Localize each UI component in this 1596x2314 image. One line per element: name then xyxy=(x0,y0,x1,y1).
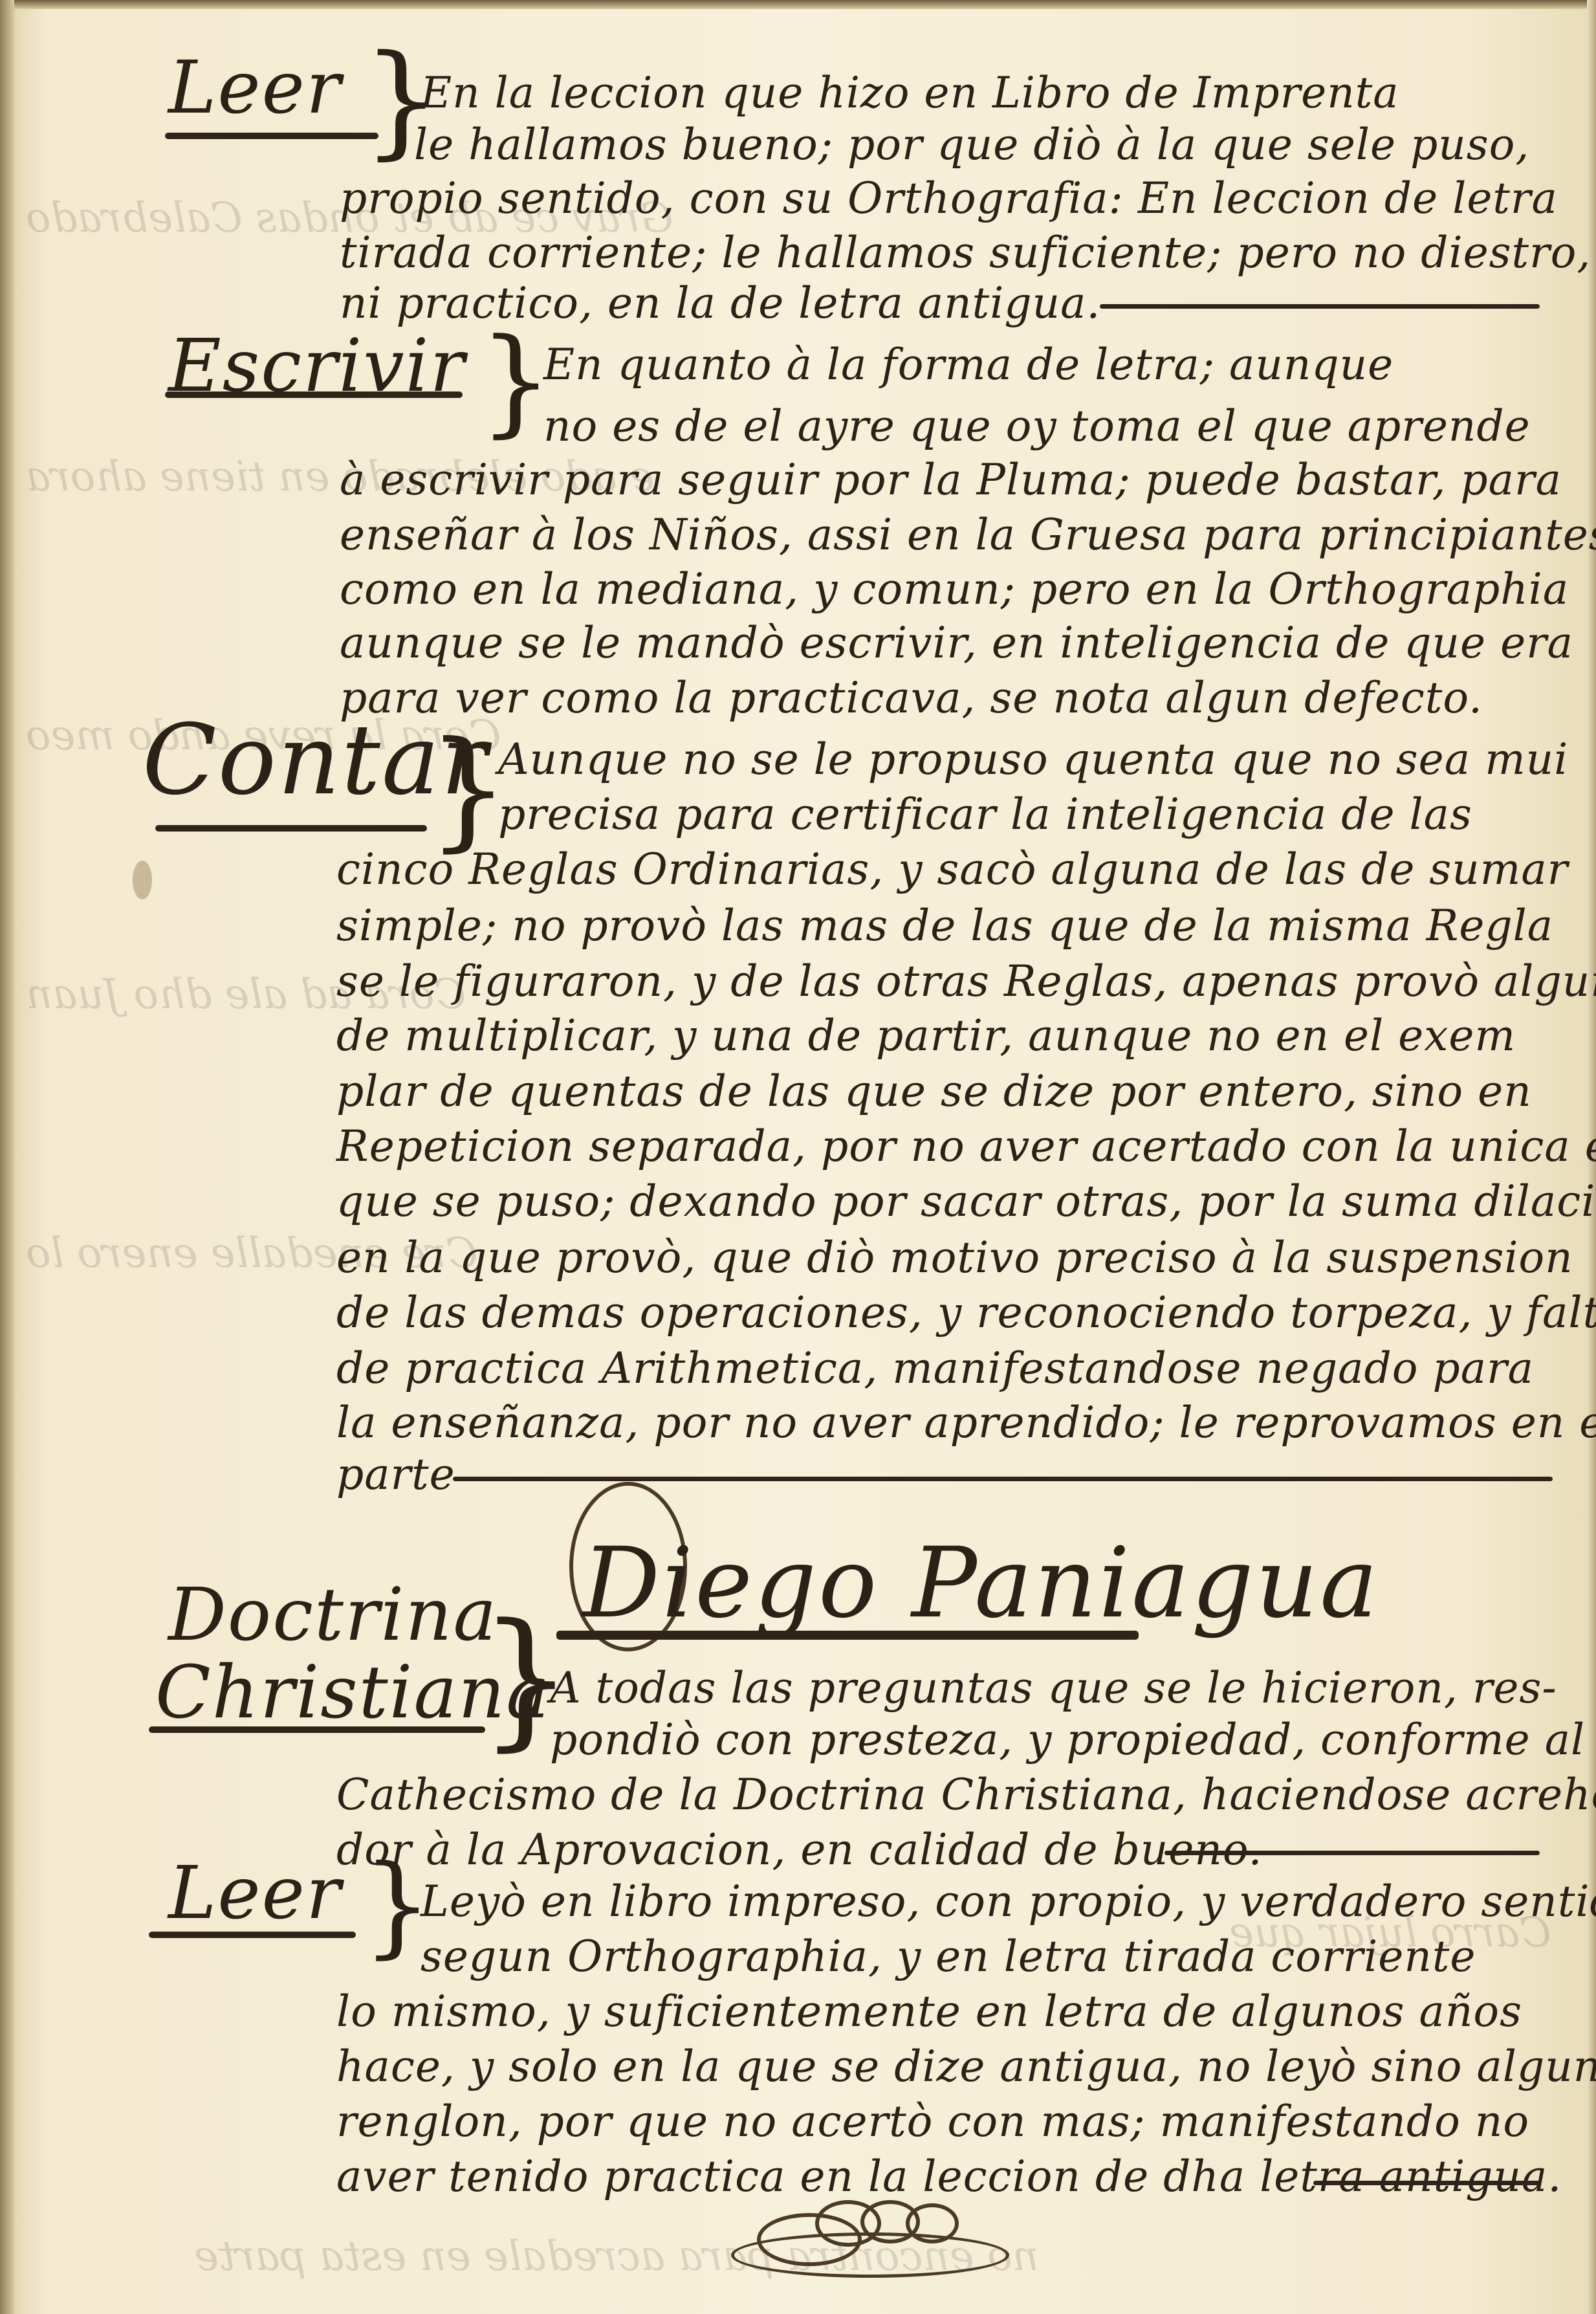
text-line: à escrivir para seguir por la Pluma; pue… xyxy=(340,455,1562,505)
text-line: Leyò en libro impreso, con propio, y ver… xyxy=(421,1877,1596,1926)
text-line: para ver como la practicava, se nota alg… xyxy=(340,673,1483,723)
text-line: En quanto à la forma de letra; aunque xyxy=(543,340,1394,390)
text-line: la enseñanza, por no aver aprendido; le … xyxy=(336,1398,1596,1448)
text-line: hace, y solo en la que se dize antigua, … xyxy=(336,2042,1596,2091)
text-line: En la leccion que hizo en Libro de Impre… xyxy=(421,68,1399,118)
label-underline xyxy=(149,1726,485,1733)
text-line: plar de quentas de las que se dize por e… xyxy=(336,1066,1532,1116)
text-line: precisa para certificar la inteligencia … xyxy=(498,789,1472,839)
page-top-edge xyxy=(0,0,1596,9)
text-line: segun Orthographia, y en letra tirada co… xyxy=(421,1932,1476,1981)
line-fill-rule xyxy=(1313,2181,1540,2185)
margin-label: Leer xyxy=(168,1857,342,1930)
text-line: aunque se le mandò escrivir, en intelige… xyxy=(340,618,1573,668)
margin-label-line-1: Doctrina xyxy=(168,1579,497,1651)
text-line: como en la mediana, y comun; pero en la … xyxy=(340,564,1569,614)
text-line: Repeticion separada, por no aver acertad… xyxy=(336,1121,1596,1171)
heading-underline xyxy=(556,1631,1139,1640)
text-line: en la que provò, que diò motivo preciso … xyxy=(336,1233,1573,1283)
text-line: ni practico, en la de letra antigua. xyxy=(340,278,1100,328)
text-line: lo mismo, y suficientemente en letra de … xyxy=(336,1987,1522,2036)
text-line: A todas las preguntas que se le hicieron… xyxy=(550,1663,1557,1713)
text-line: de multiplicar, y una de partir, aunque … xyxy=(336,1011,1516,1061)
text-line: enseñar à los Niños, assi en la Gruesa p… xyxy=(340,510,1596,560)
brace-icon: } xyxy=(427,725,509,854)
text-line: tirada corriente; le hallamos suficiente… xyxy=(340,228,1591,278)
label-underline xyxy=(165,133,378,139)
text-line: se le figuraron, y de las otras Reglas, … xyxy=(336,956,1596,1006)
brace-icon: } xyxy=(479,324,553,440)
text-line: que se puso; dexando por sacar otras, po… xyxy=(336,1176,1596,1226)
text-line: dor à la Aprovacion, en calidad de bueno… xyxy=(336,1825,1262,1875)
text-line: cinco Reglas Ordinarias, y sacò alguna d… xyxy=(336,844,1568,894)
text-line: propio sentido, con su Orthografia: En l… xyxy=(340,173,1558,223)
text-line: le hallamos bueno; por que diò à la que … xyxy=(414,120,1529,170)
text-line: parte xyxy=(336,1449,455,1499)
text-line: Aunque no se le propuso quenta que no se… xyxy=(498,734,1568,784)
line-fill-rule xyxy=(453,1477,1553,1481)
text-line: renglon, por que no acertò con mas; mani… xyxy=(336,2097,1529,2146)
text-line: simple; no provò las mas de las que de l… xyxy=(336,901,1553,951)
line-fill-rule xyxy=(1100,304,1540,309)
text-line: Cathecismo de la Doctrina Christiana, ha… xyxy=(336,1770,1596,1820)
label-underline xyxy=(149,1932,356,1938)
label-underline xyxy=(155,825,427,832)
margin-label: Leer xyxy=(168,52,342,124)
text-line: aver tenido practica en la leccion de dh… xyxy=(336,2152,1562,2201)
text-line: no es de el ayre que oy toma el que apre… xyxy=(543,401,1531,451)
text-line: de las demas operaciones, y reconociendo… xyxy=(336,1288,1596,1338)
rubric-sweep xyxy=(731,2232,1009,2278)
line-fill-rule xyxy=(1164,1851,1540,1855)
ink-stain xyxy=(133,861,152,899)
label-underline xyxy=(165,391,463,398)
text-line: pondiò con presteza, y propiedad, confor… xyxy=(550,1715,1585,1765)
text-line: de practica Arithmetica, manifestandose … xyxy=(336,1343,1534,1393)
examinee-name: Diego Paniagua xyxy=(582,1527,1380,1640)
page-left-edge xyxy=(0,0,14,2314)
